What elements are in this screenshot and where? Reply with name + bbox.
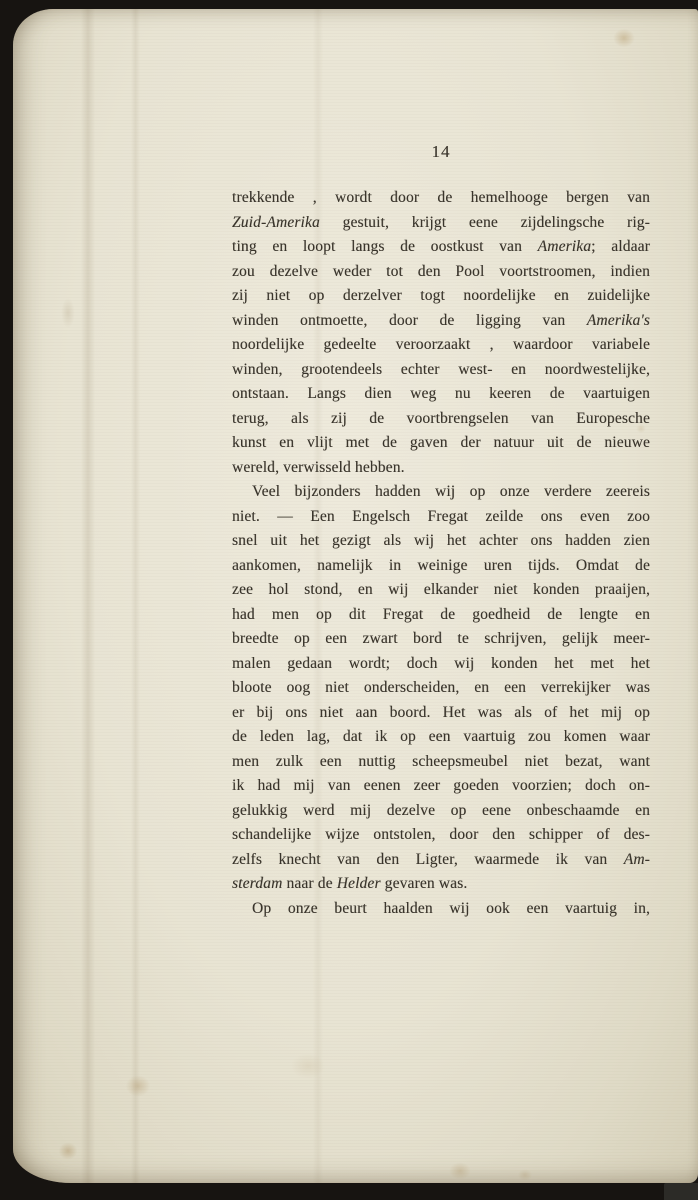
foxing-stain	[121, 1071, 155, 1101]
text-line: ik had mij van eenen zeer goeden voorzie…	[232, 774, 650, 799]
text-line: niet. — Een Engelsch Fregat zeilde ons e…	[232, 505, 650, 530]
foxing-stain	[59, 293, 77, 333]
italic-text-segment: Amerika	[538, 238, 592, 255]
text-segment: Op onze beurt haalden wij ook een vaartu…	[252, 900, 650, 917]
text-segment: kunst en vlijt met de gaven der natuur u…	[232, 434, 650, 451]
text-segment: zij niet op derzelver togt noordelijke e…	[232, 287, 650, 304]
foxing-stain	[445, 1159, 475, 1183]
text-line: winden, grootendeels echter west- en noo…	[232, 358, 650, 383]
text-line: snel uit het gezigt als wij het achter o…	[232, 529, 650, 554]
text-segment: had men op dit Fregat de goedheid de len…	[232, 606, 650, 623]
text-line: zou dezelve weder tot den Pool voortstro…	[232, 260, 650, 285]
italic-text-segment: Zuid-Amerika	[232, 214, 320, 231]
foxing-stain	[515, 1167, 535, 1183]
foxing-stain	[609, 25, 639, 51]
italic-text-segment: Am-	[624, 851, 650, 868]
text-line: wereld, verwisseld hebben.	[232, 456, 650, 481]
text-segment: winden ontmoette, door de ligging van	[232, 312, 587, 329]
text-segment: trekkende , wordt door de hemelhooge ber…	[232, 189, 650, 206]
text-line: gelukkig werd mij dezelve op eene onbesc…	[232, 799, 650, 824]
foxing-stain	[285, 1049, 331, 1083]
text-line: trekkende , wordt door de hemelhooge ber…	[232, 186, 650, 211]
text-line: er bij ons niet aan boord. Het was als o…	[232, 701, 650, 726]
text-segment: zee hol stond, en wij elkander niet kond…	[232, 581, 650, 598]
text-line: Veel bijzonders hadden wij op onze verde…	[232, 480, 650, 505]
text-line: zelfs knecht van den Ligter, waarmede ik…	[232, 848, 650, 873]
text-segment: bloote oog niet onderscheiden, en een ve…	[232, 679, 650, 696]
text-segment: Veel bijzonders hadden wij op onze verde…	[252, 483, 650, 500]
text-segment: terug, als zij de voortbrengselen van Eu…	[232, 410, 650, 427]
text-segment: men zulk een nuttig scheepsmeubel niet b…	[232, 753, 650, 770]
text-line: noordelijke gedeelte veroorzaakt , waard…	[232, 333, 650, 358]
text-line: winden ontmoette, door de ligging van Am…	[232, 309, 650, 334]
text-line: terug, als zij de voortbrengselen van Eu…	[232, 407, 650, 432]
text-segment: zou dezelve weder tot den Pool voortstro…	[232, 263, 650, 280]
text-segment: ik had mij van eenen zeer goeden voorzie…	[232, 777, 650, 794]
text-segment: ting en loopt langs de oostkust van	[232, 238, 538, 255]
text-line: kunst en vlijt met de gaven der natuur u…	[232, 431, 650, 456]
paper-sheet: 14 trekkende , wordt door de hemelhooge …	[13, 9, 698, 1183]
page-number: 14	[232, 142, 650, 162]
text-segment: gelukkig werd mij dezelve op eene onbesc…	[232, 802, 650, 819]
text-line: breedte op een zwart bord te schrijven, …	[232, 627, 650, 652]
text-segment: breedte op een zwart bord te schrijven, …	[232, 630, 650, 647]
text-line: Op onze beurt haalden wij ook een vaartu…	[232, 897, 650, 922]
text-line: ontstaan. Langs dien weg nu keeren de va…	[232, 382, 650, 407]
text-segment: gestuit, krijgt eene zijdelingsche rig-	[320, 214, 650, 231]
text-line: malen gedaan wordt; doch wij konden het …	[232, 652, 650, 677]
text-line: ting en loopt langs de oostkust van Amer…	[232, 235, 650, 260]
text-line: zij niet op derzelver togt noordelijke e…	[232, 284, 650, 309]
text-segment: de leden lag, dat ik op een vaartuig zou…	[232, 728, 650, 745]
text-segment: naar de	[282, 875, 336, 892]
text-line: had men op dit Fregat de goedheid de len…	[232, 603, 650, 628]
text-segment: ; aldaar	[591, 238, 650, 255]
text-segment: winden, grootendeels echter west- en noo…	[232, 361, 650, 378]
scanner-edge-artifact	[664, 1183, 698, 1200]
text-segment: aankomen, namelijk in weinige uren tijds…	[232, 557, 650, 574]
text-line: aankomen, namelijk in weinige uren tijds…	[232, 554, 650, 579]
text-line: bloote oog niet onderscheiden, en een ve…	[232, 676, 650, 701]
foxing-stain	[55, 1139, 81, 1163]
text-segment: schandelijke wijze ontstolen, door den s…	[232, 826, 650, 843]
text-segment: snel uit het gezigt als wij het achter o…	[232, 532, 650, 549]
text-segment: zelfs knecht van den Ligter, waarmede ik…	[232, 851, 624, 868]
text-segment: er bij ons niet aan boord. Het was als o…	[232, 704, 650, 721]
text-block: trekkende , wordt door de hemelhooge ber…	[232, 186, 650, 921]
text-line: zee hol stond, en wij elkander niet kond…	[232, 578, 650, 603]
text-line: de leden lag, dat ik op een vaartuig zou…	[232, 725, 650, 750]
text-segment: wereld, verwisseld hebben.	[232, 459, 405, 476]
italic-text-segment: sterdam	[232, 875, 282, 892]
text-line: sterdam naar de Helder gevaren was.	[232, 872, 650, 897]
italic-text-segment: Helder	[337, 875, 381, 892]
text-segment: gevaren was.	[381, 875, 468, 892]
text-line: men zulk een nuttig scheepsmeubel niet b…	[232, 750, 650, 775]
text-segment: noordelijke gedeelte veroorzaakt , waard…	[232, 336, 650, 353]
scanned-book-page: 14 trekkende , wordt door de hemelhooge …	[0, 0, 698, 1200]
text-segment: niet. — Een Engelsch Fregat zeilde ons e…	[232, 508, 650, 525]
text-line: schandelijke wijze ontstolen, door den s…	[232, 823, 650, 848]
text-segment: ontstaan. Langs dien weg nu keeren de va…	[232, 385, 650, 402]
text-segment: malen gedaan wordt; doch wij konden het …	[232, 655, 650, 672]
italic-text-segment: Amerika's	[587, 312, 650, 329]
text-line: Zuid-Amerika gestuit, krijgt eene zijdel…	[232, 211, 650, 236]
